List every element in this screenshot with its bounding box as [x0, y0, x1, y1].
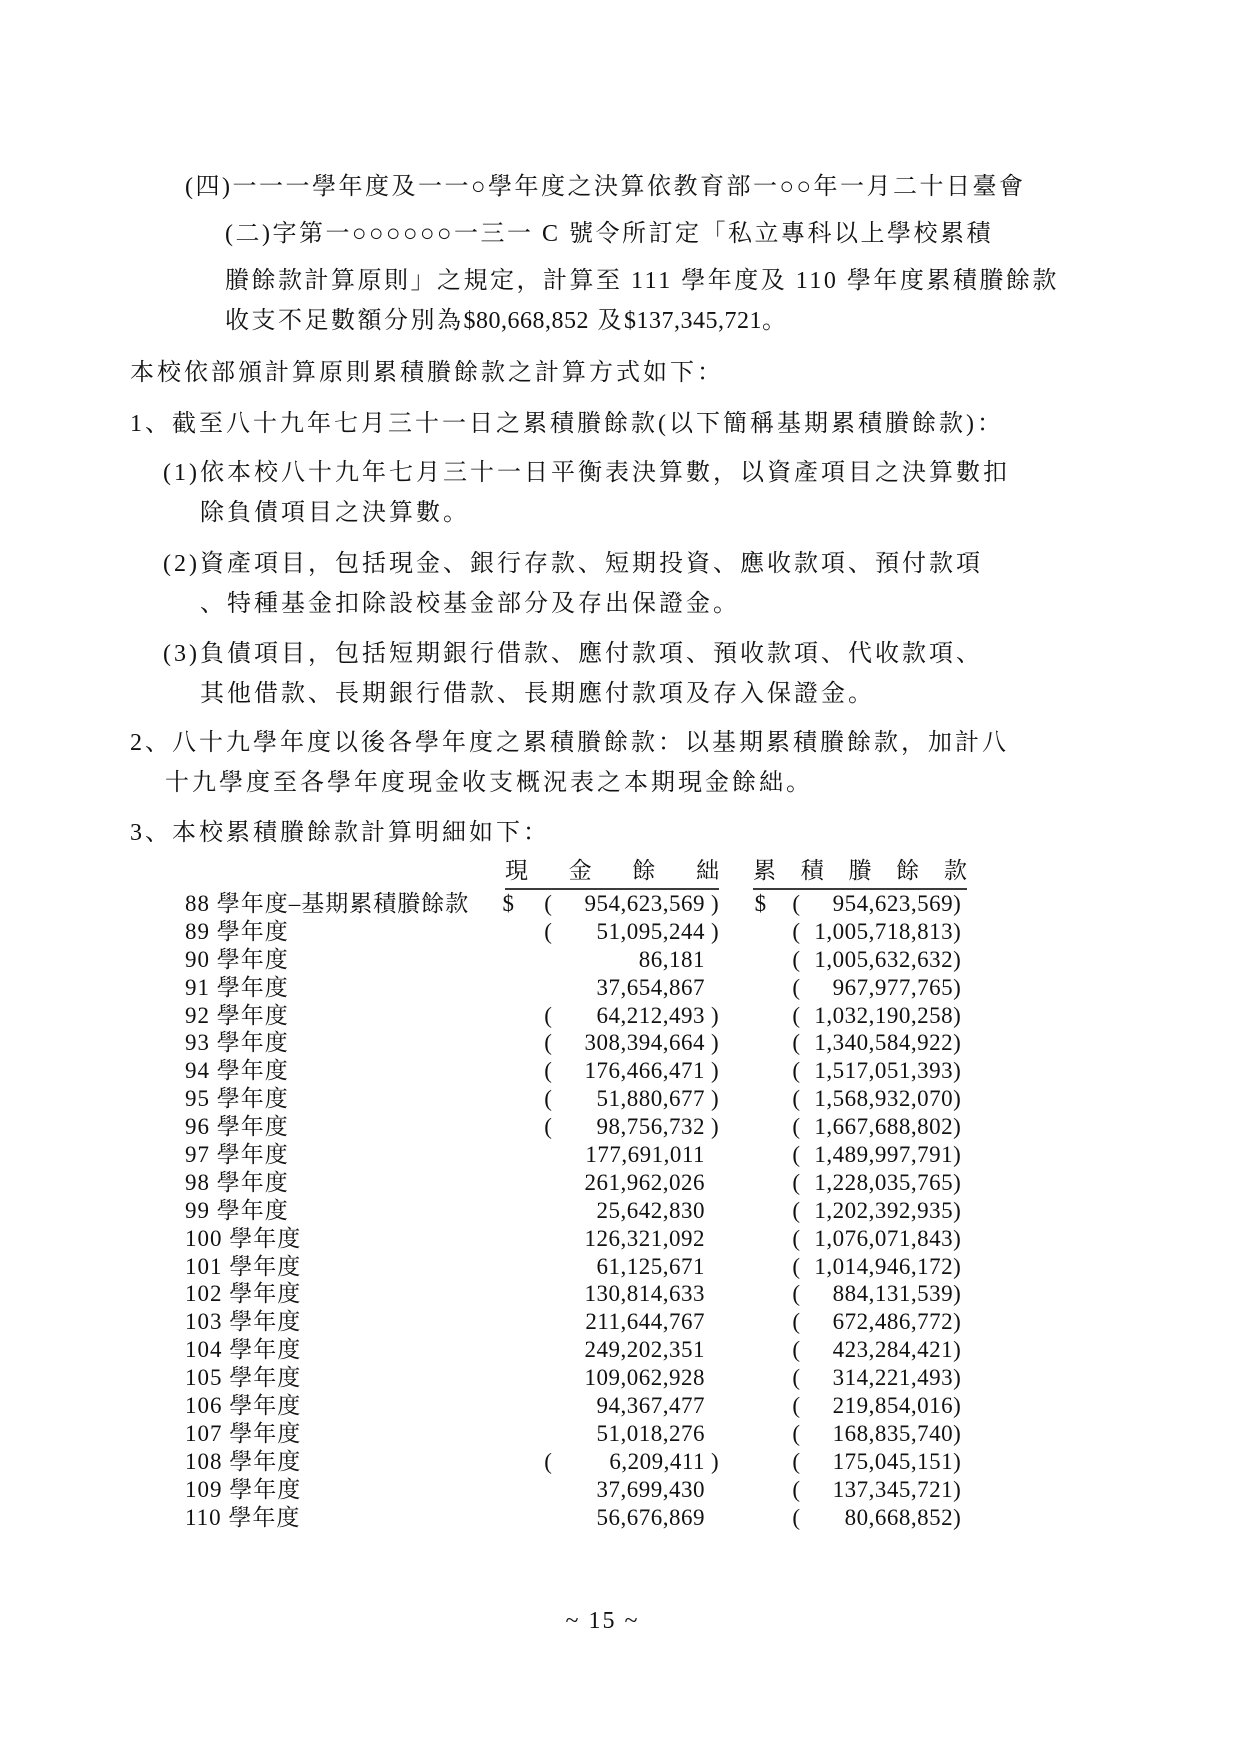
- table-row: 97 學年度177,691,011(1,489,997,791): [185, 1141, 967, 1169]
- list-item-2: 2、八十九學年度以後各學年度之累積賸餘款：以基期累積賸餘款，加計八: [130, 722, 1009, 757]
- accumulated-balance-value: 884,131,539: [814, 1280, 953, 1308]
- header-char: 現: [505, 852, 528, 885]
- currency-symbol: $: [755, 890, 793, 918]
- accumulated-balance-value: 219,854,016: [814, 1392, 953, 1420]
- close-paren: ): [953, 1504, 967, 1532]
- list-item-1-2: (2)資產項目，包括現金、銀行存款、短期投資、應收款項、預付款項: [163, 543, 983, 578]
- row-label: 95 學年度: [185, 1085, 503, 1113]
- row-label: 91 學年度: [185, 974, 503, 1002]
- open-paren: (: [792, 1476, 814, 1504]
- close-paren: ): [705, 1029, 721, 1057]
- list-item-1-3-cont: 其他借款、長期銀行借款、長期應付款項及存入保證金。: [200, 673, 875, 708]
- amount-text: 收支不足數額分別為: [225, 308, 464, 334]
- open-paren: (: [792, 1364, 814, 1392]
- row-label: 99 學年度: [185, 1197, 503, 1225]
- row-label: 89 學年度: [185, 918, 503, 946]
- row-label: 105 學年度: [185, 1364, 503, 1392]
- open-paren: (: [792, 918, 814, 946]
- table-row: 96 學年度(98,756,732)(1,667,688,802): [185, 1113, 967, 1141]
- open-paren: (: [792, 1280, 814, 1308]
- accumulated-balance-column-header: 累積賸餘款: [753, 852, 967, 890]
- header-char: 累: [753, 852, 776, 885]
- open-paren: (: [544, 1029, 566, 1057]
- paragraph-line: (二)字第一○○○○○○一三一 C 號令所訂定「私立專科以上學校累積: [225, 213, 993, 248]
- row-label: 96 學年度: [185, 1113, 503, 1141]
- close-paren: ): [953, 1029, 967, 1057]
- document-page: (四)一一一學年度及一一○學年度之決算依教育部一○○年一月二十日臺會 (二)字第…: [0, 0, 1241, 1755]
- close-paren: ): [953, 1336, 967, 1364]
- open-paren: (: [544, 1057, 566, 1085]
- header-char: 積: [801, 852, 824, 885]
- accumulated-balance-value: 1,032,190,258: [814, 1002, 953, 1030]
- cash-balance-value: 37,654,867: [566, 974, 705, 1002]
- table-row: 91 學年度37,654,867(967,977,765): [185, 974, 967, 1002]
- list-item-1-3: (3)負債項目，包括短期銀行借款、應付款項、預收款項、代收款項、: [163, 633, 983, 668]
- cash-balance-value: 56,676,869: [566, 1504, 705, 1532]
- close-paren: ): [953, 1002, 967, 1030]
- table-row: 104 學年度249,202,351(423,284,421): [185, 1336, 967, 1364]
- accumulated-balance-value: 423,284,421: [814, 1336, 953, 1364]
- open-paren: (: [792, 1420, 814, 1448]
- accumulated-balance-value: 80,668,852: [814, 1504, 953, 1532]
- open-paren: (: [792, 1225, 814, 1253]
- table-row: 105 學年度109,062,928(314,221,493): [185, 1364, 967, 1392]
- cash-balance-value: 308,394,664: [566, 1029, 705, 1057]
- open-paren: (: [792, 1253, 814, 1281]
- header-char: 款: [944, 852, 967, 885]
- table-row: 90 學年度86,181(1,005,632,632): [185, 946, 967, 974]
- list-item-3: 3、本校累積賸餘款計算明細如下：: [130, 812, 550, 847]
- open-paren: (: [792, 1085, 814, 1113]
- open-paren: (: [544, 1448, 566, 1476]
- deficit-amount-111: $80,668,852: [464, 308, 590, 334]
- cash-balance-value: 6,209,411: [566, 1448, 705, 1476]
- open-paren: (: [792, 1504, 814, 1532]
- open-paren: (: [792, 1336, 814, 1364]
- header-char: 餘: [896, 852, 919, 885]
- table-row: 106 學年度94,367,477(219,854,016): [185, 1392, 967, 1420]
- accumulated-balance-value: 967,977,765: [814, 974, 953, 1002]
- open-paren: (: [544, 1085, 566, 1113]
- cash-balance-value: 130,814,633: [566, 1280, 705, 1308]
- accumulated-balance-value: 954,623,569: [814, 890, 953, 918]
- cash-balance-value: 126,321,092: [566, 1225, 705, 1253]
- open-paren: (: [792, 1113, 814, 1141]
- table-body: 88 學年度–基期累積賸餘款$(954,623,569)$(954,623,56…: [185, 890, 967, 1531]
- accumulated-balance-value: 1,005,632,632: [814, 946, 953, 974]
- cash-balance-value: 51,880,677: [566, 1085, 705, 1113]
- row-label: 94 學年度: [185, 1057, 503, 1085]
- deficit-amount-110: $137,345,721: [624, 308, 762, 334]
- accumulated-balance-value: 1,202,392,935: [814, 1197, 953, 1225]
- table-row: 89 學年度(51,095,244)(1,005,718,813): [185, 918, 967, 946]
- close-paren: ): [953, 1392, 967, 1420]
- open-paren: (: [792, 1392, 814, 1420]
- row-label: 100 學年度: [185, 1225, 503, 1253]
- table-row: 100 學年度126,321,092(1,076,071,843): [185, 1225, 967, 1253]
- close-paren: ): [953, 1476, 967, 1504]
- row-label: 107 學年度: [185, 1420, 503, 1448]
- table-header-row: 現金餘絀 累積賸餘款: [185, 860, 967, 890]
- close-paren: ): [953, 1085, 967, 1113]
- accumulated-balance-value: 1,489,997,791: [814, 1141, 953, 1169]
- open-paren: (: [544, 1002, 566, 1030]
- row-label: 102 學年度: [185, 1280, 503, 1308]
- cash-balance-value: 249,202,351: [566, 1336, 705, 1364]
- row-label: 98 學年度: [185, 1169, 503, 1197]
- open-paren: (: [792, 1197, 814, 1225]
- cash-balance-value: 51,018,276: [566, 1420, 705, 1448]
- open-paren: (: [792, 974, 814, 1002]
- cash-balance-value: 211,644,767: [566, 1308, 705, 1336]
- cash-balance-value: 109,062,928: [566, 1364, 705, 1392]
- accumulated-balance-value: 1,340,584,922: [814, 1029, 953, 1057]
- table-row: 92 學年度(64,212,493)(1,032,190,258): [185, 1002, 967, 1030]
- accumulated-balance-value: 1,228,035,765: [814, 1169, 953, 1197]
- amount-text: 。: [762, 308, 789, 334]
- cash-balance-value: 98,756,732: [566, 1113, 705, 1141]
- accumulated-balance-value: 672,486,772: [814, 1308, 953, 1336]
- open-paren: (: [792, 1057, 814, 1085]
- table-row: 102 學年度130,814,633(884,131,539): [185, 1280, 967, 1308]
- open-paren: (: [544, 890, 566, 918]
- close-paren: ): [705, 1113, 721, 1141]
- open-paren: (: [792, 890, 814, 918]
- accumulated-balance-value: 1,014,946,172: [814, 1253, 953, 1281]
- table-row: 109 學年度37,699,430(137,345,721): [185, 1476, 967, 1504]
- close-paren: ): [953, 890, 967, 918]
- row-label: 110 學年度: [185, 1504, 503, 1532]
- close-paren: ): [953, 1113, 967, 1141]
- row-label: 88 學年度–基期累積賸餘款: [185, 890, 503, 918]
- close-paren: ): [705, 1085, 721, 1113]
- accumulated-balance-value: 137,345,721: [814, 1476, 953, 1504]
- cash-balance-value: 176,466,471: [566, 1057, 705, 1085]
- page-number: ~ 15 ~: [0, 1608, 1205, 1635]
- cash-balance-value: 261,962,026: [566, 1169, 705, 1197]
- open-paren: (: [792, 1002, 814, 1030]
- cash-balance-value: 94,367,477: [566, 1392, 705, 1420]
- close-paren: ): [953, 1169, 967, 1197]
- accumulated-balance-value: 1,667,688,802: [814, 1113, 953, 1141]
- row-label: 97 學年度: [185, 1141, 503, 1169]
- row-label: 109 學年度: [185, 1476, 503, 1504]
- close-paren: ): [953, 1280, 967, 1308]
- cash-balance-value: 954,623,569: [566, 890, 705, 918]
- list-item-1-1: (1)依本校八十九年七月三十一日平衡表決算數，以資產項目之決算數扣: [163, 452, 1010, 487]
- currency-symbol: $: [503, 890, 545, 918]
- close-paren: ): [705, 1057, 721, 1085]
- row-label: 90 學年度: [185, 946, 503, 974]
- open-paren: (: [792, 1308, 814, 1336]
- row-label: 104 學年度: [185, 1336, 503, 1364]
- close-paren: ): [953, 1420, 967, 1448]
- amount-text: 及: [589, 308, 624, 334]
- table-row: 99 學年度25,642,830(1,202,392,935): [185, 1197, 967, 1225]
- accumulated-balance-value: 314,221,493: [814, 1364, 953, 1392]
- row-label: 101 學年度: [185, 1253, 503, 1281]
- close-paren: ): [953, 1364, 967, 1392]
- table-row: 103 學年度211,644,767(672,486,772): [185, 1308, 967, 1336]
- close-paren: ): [953, 918, 967, 946]
- row-label: 92 學年度: [185, 1002, 503, 1030]
- cash-balance-value: 25,642,830: [566, 1197, 705, 1225]
- cash-balance-value: 177,691,011: [566, 1141, 705, 1169]
- close-paren: ): [953, 946, 967, 974]
- cash-balance-value: 37,699,430: [566, 1476, 705, 1504]
- close-paren: ): [953, 1253, 967, 1281]
- header-char: 絀: [696, 852, 719, 885]
- close-paren: ): [705, 890, 721, 918]
- row-label: 93 學年度: [185, 1029, 503, 1057]
- cash-balance-value: 61,125,671: [566, 1253, 705, 1281]
- cash-balance-value: 86,181: [566, 946, 705, 974]
- cash-balance-value: 51,095,244: [566, 918, 705, 946]
- cash-balance-value: 64,212,493: [566, 1002, 705, 1030]
- open-paren: (: [792, 946, 814, 974]
- table-row: 95 學年度(51,880,677)(1,568,932,070): [185, 1085, 967, 1113]
- close-paren: ): [953, 1448, 967, 1476]
- table-row: 108 學年度(6,209,411)(175,045,151): [185, 1448, 967, 1476]
- intro-line: 本校依部頒計算原則累積賸餘款之計算方式如下：: [130, 352, 724, 387]
- close-paren: ): [705, 1448, 721, 1476]
- open-paren: (: [792, 1169, 814, 1197]
- header-char: 金: [569, 852, 592, 885]
- list-item-2-cont: 十九學度至各學年度現金收支概況表之本期現金餘絀。: [165, 762, 813, 797]
- open-paren: (: [544, 918, 566, 946]
- list-item-1-2-cont: 、特種基金扣除設校基金部分及存出保證金。: [200, 583, 740, 618]
- table-row: 98 學年度261,962,026(1,228,035,765): [185, 1169, 967, 1197]
- close-paren: ): [953, 1057, 967, 1085]
- accumulated-balance-value: 1,005,718,813: [814, 918, 953, 946]
- open-paren: (: [792, 1141, 814, 1169]
- accumulated-surplus-table: 現金餘絀 累積賸餘款 88 學年度–基期累積賸餘款$(954,623,569)$…: [185, 860, 967, 1531]
- open-paren: (: [544, 1113, 566, 1141]
- row-label: 103 學年度: [185, 1308, 503, 1336]
- paragraph-line: 收支不足數額分別為$80,668,852 及$137,345,721。: [225, 300, 789, 335]
- close-paren: ): [953, 1197, 967, 1225]
- table-row: 88 學年度–基期累積賸餘款$(954,623,569)$(954,623,56…: [185, 890, 967, 918]
- list-item-1: 1、截至八十九年七月三十一日之累積賸餘款(以下簡稱基期累積賸餘款)：: [130, 403, 1004, 438]
- open-paren: (: [792, 1448, 814, 1476]
- row-label: 108 學年度: [185, 1448, 503, 1476]
- close-paren: ): [705, 918, 721, 946]
- header-char: 餘: [632, 852, 655, 885]
- table-row: 94 學年度(176,466,471)(1,517,051,393): [185, 1057, 967, 1085]
- close-paren: ): [953, 974, 967, 1002]
- list-item-1-1-cont: 除負債項目之決算數。: [200, 492, 470, 527]
- accumulated-balance-value: 1,568,932,070: [814, 1085, 953, 1113]
- row-label: 106 學年度: [185, 1392, 503, 1420]
- table-row: 93 學年度(308,394,664)(1,340,584,922): [185, 1029, 967, 1057]
- close-paren: ): [953, 1225, 967, 1253]
- paragraph-line: (四)一一一學年度及一一○學年度之決算依教育部一○○年一月二十日臺會: [185, 166, 1025, 201]
- close-paren: ): [705, 1002, 721, 1030]
- close-paren: ): [953, 1141, 967, 1169]
- close-paren: ): [953, 1308, 967, 1336]
- paragraph-line: 賸餘款計算原則」之規定，計算至 111 學年度及 110 學年度累積賸餘款: [225, 260, 1059, 295]
- cash-balance-column-header: 現金餘絀: [505, 852, 719, 890]
- table-row: 107 學年度51,018,276(168,835,740): [185, 1420, 967, 1448]
- table-row: 110 學年度56,676,869(80,668,852): [185, 1504, 967, 1532]
- accumulated-balance-value: 175,045,151: [814, 1448, 953, 1476]
- header-char: 賸: [849, 852, 872, 885]
- accumulated-balance-value: 168,835,740: [814, 1420, 953, 1448]
- accumulated-balance-value: 1,517,051,393: [814, 1057, 953, 1085]
- table-row: 101 學年度61,125,671(1,014,946,172): [185, 1253, 967, 1281]
- accumulated-balance-value: 1,076,071,843: [814, 1225, 953, 1253]
- open-paren: (: [792, 1029, 814, 1057]
